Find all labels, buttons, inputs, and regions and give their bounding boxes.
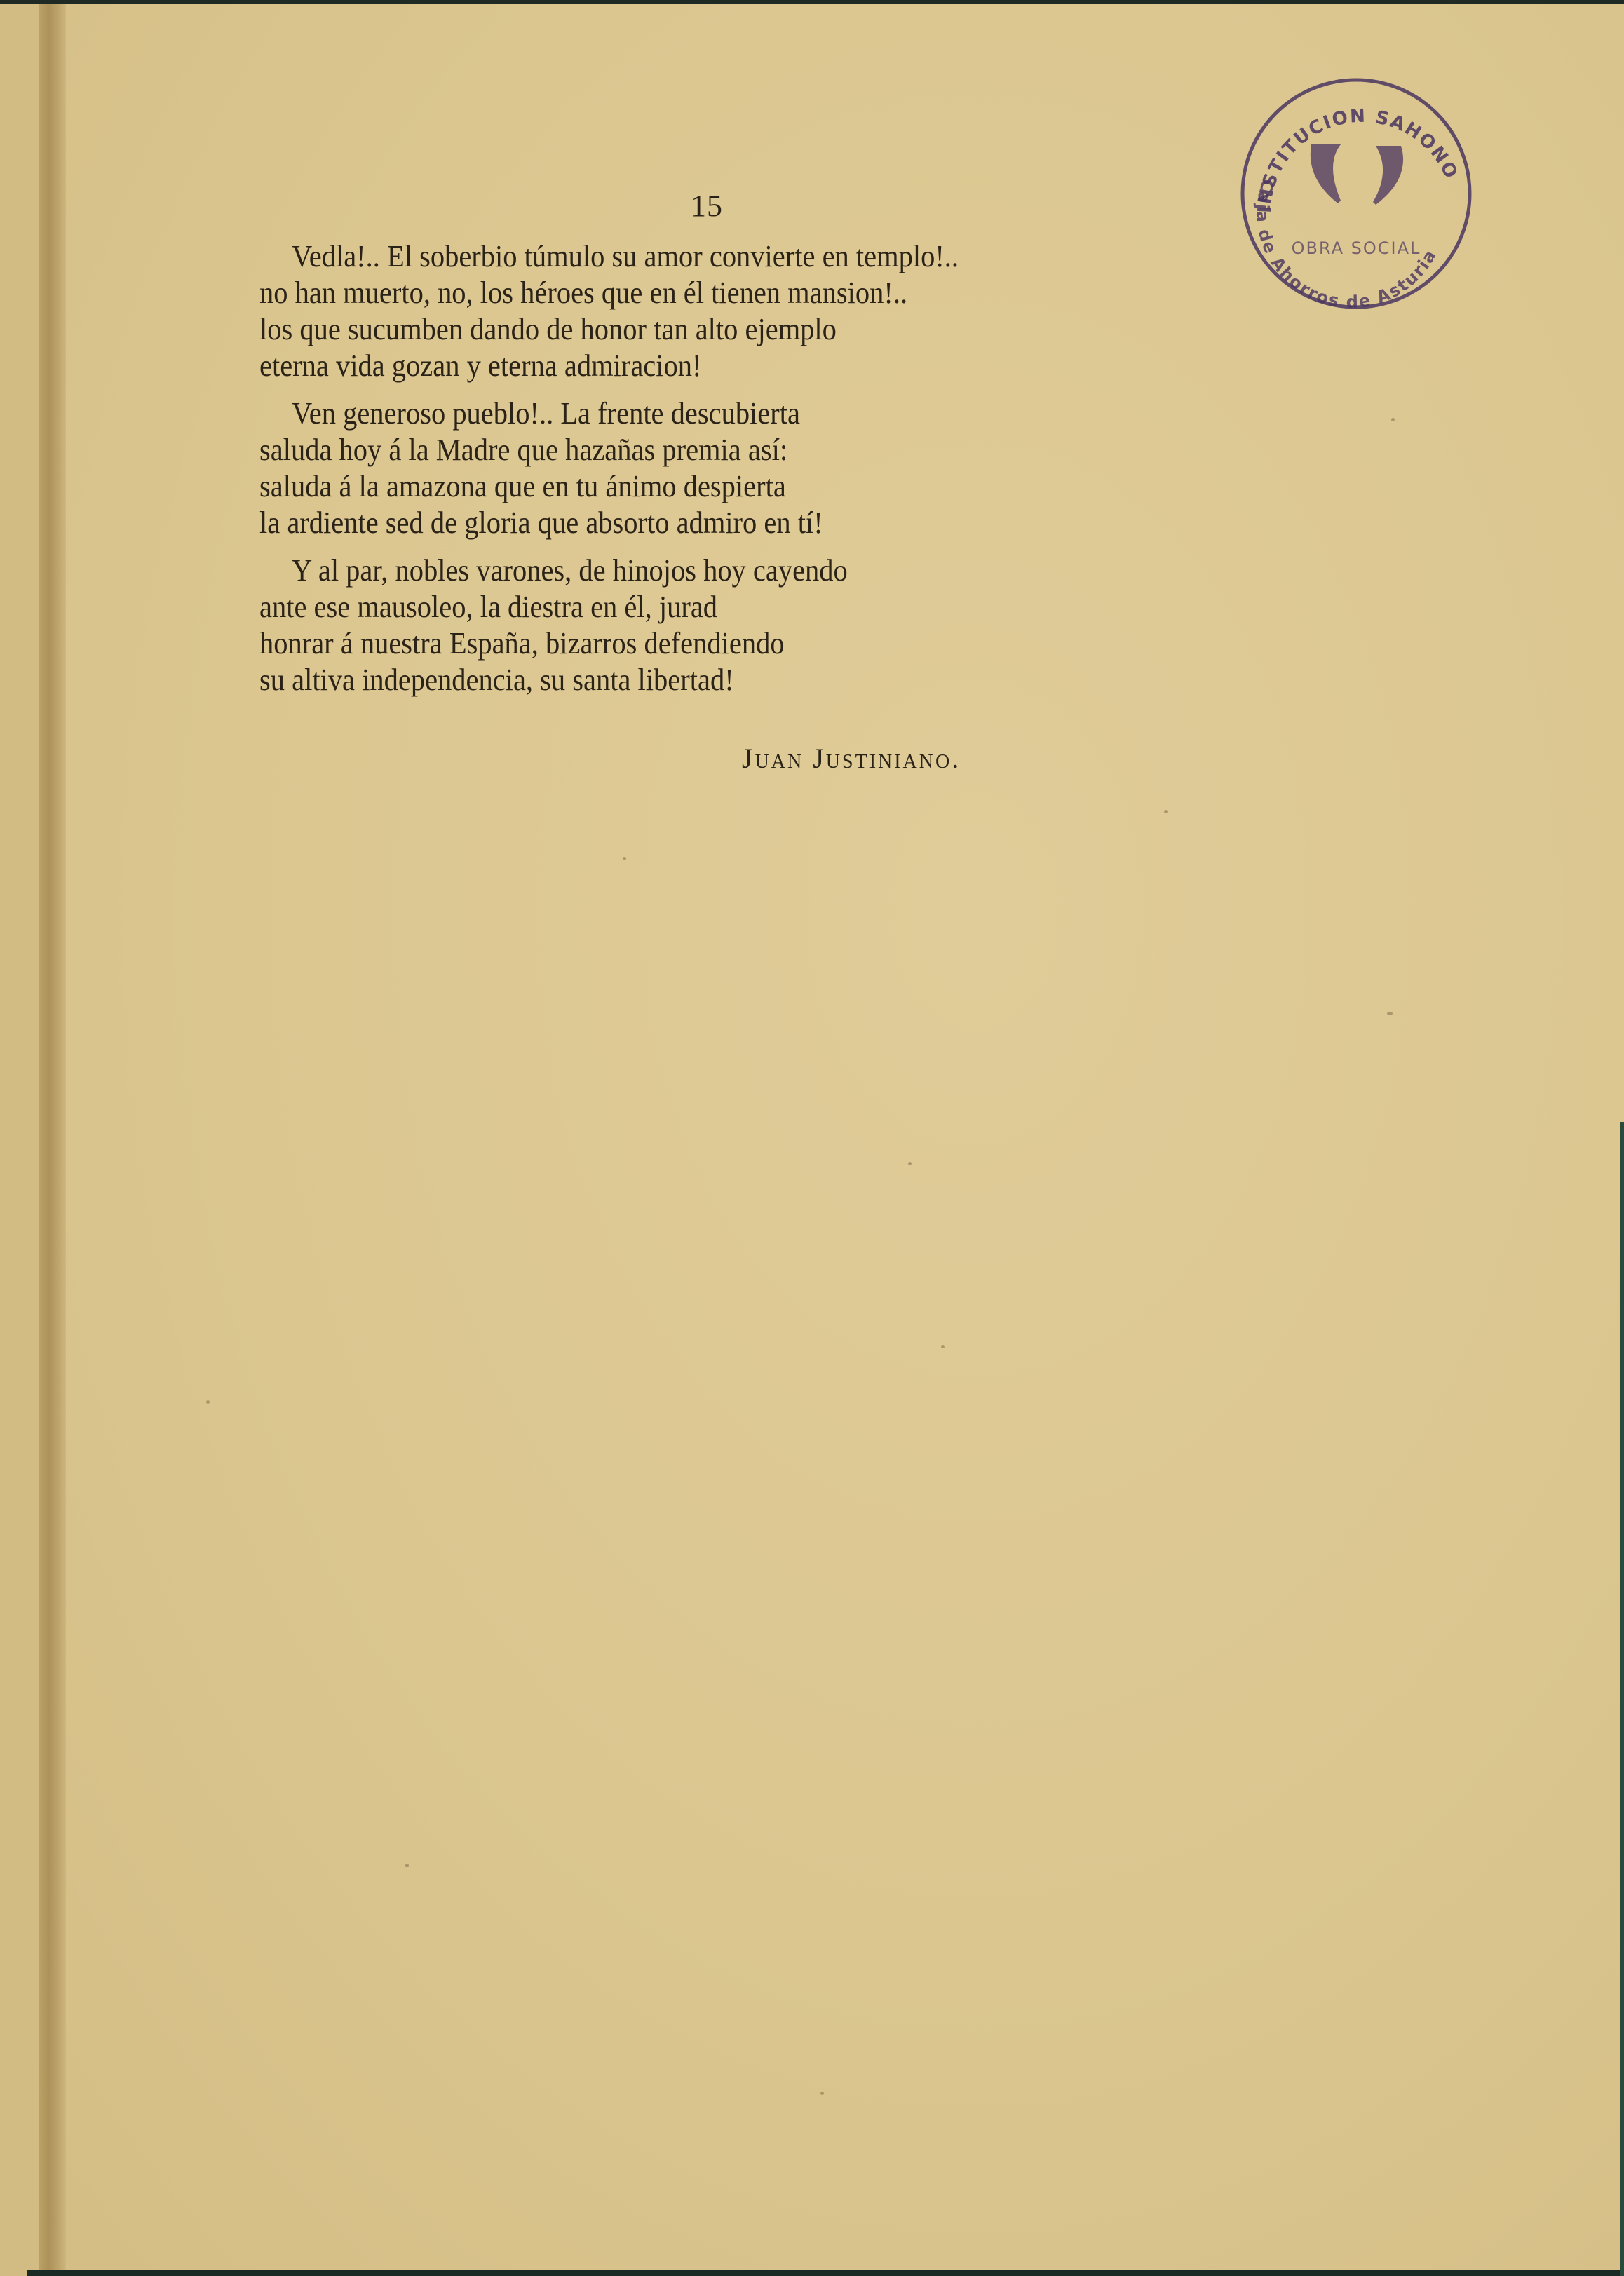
scan-border-right bbox=[1620, 1122, 1624, 2276]
stamp-seal-icon: INSTITUCION SAHONO EL SABIO Caja de Ahor… bbox=[1236, 73, 1477, 314]
poem-line: saluda á la amazona que en tu ánimo desp… bbox=[259, 468, 1118, 505]
poem-line: honrar á nuestra España, bizarros defend… bbox=[259, 625, 1118, 662]
paper-speck bbox=[206, 1400, 210, 1404]
paper-speck bbox=[908, 1162, 912, 1165]
stamp-emblem-icon bbox=[1311, 144, 1403, 205]
paper-speck bbox=[941, 1345, 945, 1348]
poem-line: Y al par, nobles varones, de hinojos hoy… bbox=[259, 553, 1118, 589]
stamp-center-text: OBRA SOCIAL bbox=[1292, 238, 1421, 258]
binding-spine-shadow bbox=[39, 0, 66, 2276]
paper-speck bbox=[623, 857, 626, 860]
author-signature: Juan Justiniano. bbox=[742, 742, 961, 775]
page-number: 15 bbox=[691, 188, 723, 224]
paper-speck bbox=[1164, 810, 1168, 813]
paper-speck bbox=[405, 1864, 409, 1867]
poem-body: Vedla!.. El soberbio túmulo su amor conv… bbox=[259, 238, 1192, 710]
facing-page-edge bbox=[0, 0, 39, 2276]
poem-line: los que sucumben dando de honor tan alto… bbox=[259, 311, 1118, 348]
paper-speck bbox=[1387, 1012, 1393, 1015]
scan-border-bottom bbox=[27, 2270, 1624, 2276]
poem-line: su altiva independencia, su santa libert… bbox=[259, 662, 1118, 698]
poem-line: la ardiente sed de gloria que absorto ad… bbox=[259, 505, 1118, 541]
stanza-1: Vedla!.. El soberbio túmulo su amor conv… bbox=[259, 238, 1192, 384]
poem-line: eterna vida gozan y eterna admiracion! bbox=[259, 348, 1118, 384]
poem-line: ante ese mausoleo, la diestra en él, jur… bbox=[259, 589, 1118, 625]
stanza-3: Y al par, nobles varones, de hinojos hoy… bbox=[259, 553, 1192, 698]
poem-line: no han muerto, no, los héroes que en él … bbox=[259, 275, 1118, 311]
paper-speck bbox=[1391, 418, 1395, 421]
scan-border-top bbox=[0, 0, 1624, 4]
library-stamp: INSTITUCION SAHONO EL SABIO Caja de Ahor… bbox=[1236, 73, 1477, 314]
paper-speck bbox=[820, 2092, 824, 2095]
poem-line: saluda hoy á la Madre que hazañas premia… bbox=[259, 432, 1118, 468]
poem-line: Vedla!.. El soberbio túmulo su amor conv… bbox=[259, 238, 1118, 275]
poem-line: Ven generoso pueblo!.. La frente descubi… bbox=[259, 395, 1118, 432]
stanza-2: Ven generoso pueblo!.. La frente descubi… bbox=[259, 395, 1192, 541]
